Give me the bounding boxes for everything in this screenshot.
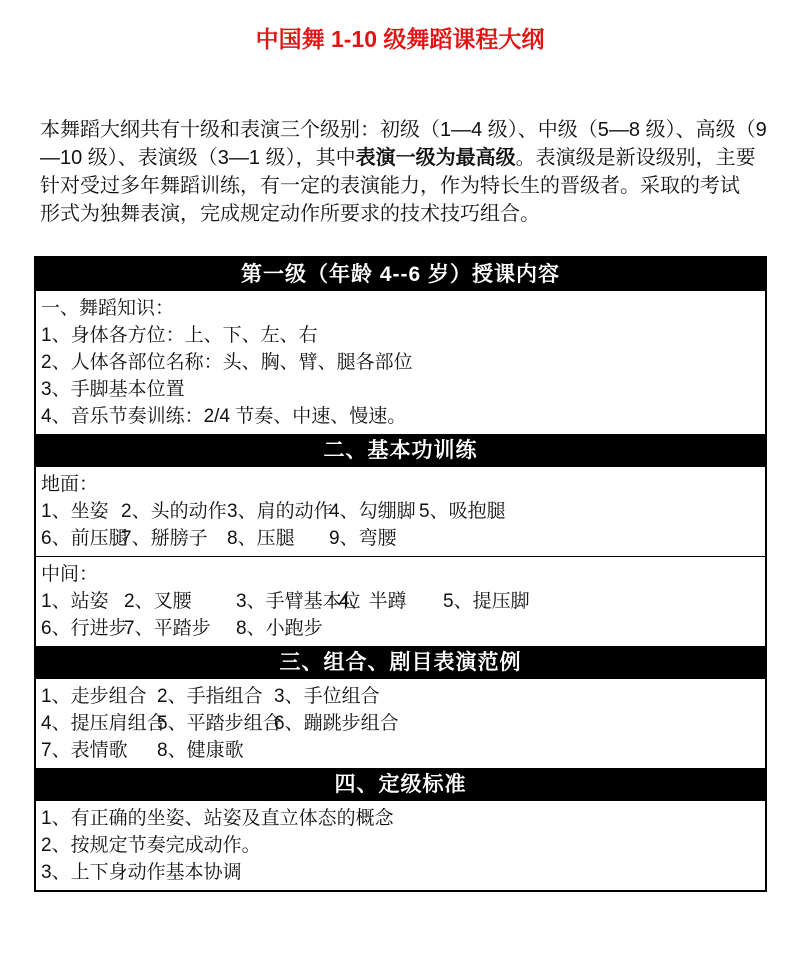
- section-cell-combinations: 1、走步组合2、手指组合3、手位组合4、提压肩组合5、平踏步组合6、蹦跳步组合7…: [36, 679, 765, 768]
- list-item-text: 6、行进步: [41, 615, 124, 642]
- paragraph-line: 本舞蹈大纲共有十级和表演三个级别：初级（1—4 级）、中级（5—8 级）、高级（…: [40, 116, 770, 144]
- list-item-text: 中间：: [41, 561, 124, 588]
- list-item-text: 3、手臂基本位: [236, 588, 339, 615]
- table-row: 1、身体各方位：上、下、左、右: [41, 322, 761, 349]
- list-item-text: 4、勾绷脚: [329, 498, 419, 525]
- list-item-text: 8、健康歌: [157, 737, 274, 764]
- syllabus-table: 第一级（年龄 4--6 岁）授课内容一、舞蹈知识：1、身体各方位：上、下、左、右…: [34, 256, 767, 892]
- list-item-text: 6、蹦跳步组合: [274, 710, 399, 737]
- section-header-bar: 二、基本功训练: [36, 434, 765, 467]
- table-row: 1、有正确的坐姿、站姿及直立体态的概念: [41, 805, 761, 832]
- list-item-text: 4、音乐节奏训练：2/4 节奏、中速、慢速。: [41, 403, 406, 430]
- table-row: 1、站姿2、叉腰3、手臂基本位4、半蹲5、提压脚: [41, 588, 761, 615]
- list-item-text: 4、提压肩组合: [41, 710, 157, 737]
- section-cell-basic-training-ground: 地面：1、坐姿2、头的动作3、肩的动作4、勾绷脚5、吸抱腿6、前压腿7、掰膀子8…: [36, 467, 765, 556]
- emphasis-text: 表演一级为最高级: [356, 147, 516, 169]
- table-row: 1、走步组合2、手指组合3、手位组合: [41, 683, 761, 710]
- section-cell-dance-knowledge: 一、舞蹈知识：1、身体各方位：上、下、左、右2、人体各部位名称：头、胸、臂、腿各…: [36, 291, 765, 434]
- list-item-text: 一、舞蹈知识：: [41, 295, 174, 322]
- section-cell-grading-standards: 1、有正确的坐姿、站姿及直立体态的概念2、按规定节奏完成动作。3、上下身动作基本…: [36, 801, 765, 890]
- list-item-text: 1、坐姿: [41, 498, 121, 525]
- list-item-text: 1、站姿: [41, 588, 124, 615]
- table-row: 6、行进步7、平踏步8、小跑步: [41, 615, 761, 642]
- table-row: 中间：: [41, 561, 761, 588]
- list-item-text: 3、肩的动作: [227, 498, 329, 525]
- paragraph-line: 形式为独舞表演，完成规定动作所要求的技术技巧组合。: [40, 200, 770, 228]
- table-row: 2、按规定节奏完成动作。: [41, 832, 761, 859]
- list-item-text: 7、平踏步: [124, 615, 236, 642]
- list-item-text: 1、走步组合: [41, 683, 157, 710]
- table-row: 3、手脚基本位置: [41, 376, 761, 403]
- list-item-text: 地面：: [41, 471, 121, 498]
- list-item-text: 8、小跑步: [236, 615, 339, 642]
- list-item-text: 7、表情歌: [41, 737, 157, 764]
- intro-paragraph: 本舞蹈大纲共有十级和表演三个级别：初级（1—4 级）、中级（5—8 级）、高级（…: [40, 116, 770, 228]
- paragraph-text: —10 级）、表演级（3—1 级），其中: [40, 147, 356, 169]
- paragraph-text: 本舞蹈大纲共有十级和表演三个级别：初级（1—4 级）、中级（5—8 级）、高级（…: [40, 119, 767, 141]
- list-item-text: 1、有正确的坐姿、站姿及直立体态的概念: [41, 805, 394, 832]
- list-item-text: 5、吸抱腿: [419, 498, 506, 525]
- page-title: 中国舞 1-10 级舞蹈课程大纲: [0, 0, 800, 52]
- list-item-text: 3、手脚基本位置: [41, 376, 185, 403]
- list-item-text: 2、叉腰: [124, 588, 236, 615]
- list-item-text: 6、前压腿: [41, 525, 121, 552]
- paragraph-line: —10 级）、表演级（3—1 级），其中表演一级为最高级。表演级是新设级别，主要: [40, 144, 770, 172]
- table-row: 1、坐姿2、头的动作3、肩的动作4、勾绷脚5、吸抱腿: [41, 498, 761, 525]
- list-item-text: 3、手位组合: [274, 683, 380, 710]
- list-item-text: 7、掰膀子: [121, 525, 227, 552]
- paragraph-line: 针对受过多年舞蹈训练，有一定的表演能力，作为特长生的晋级者。采取的考试: [40, 172, 770, 200]
- list-item-text: 1、身体各方位：上、下、左、右: [41, 322, 318, 349]
- section-header-bar: 第一级（年龄 4--6 岁）授课内容: [36, 258, 765, 291]
- table-row: 7、表情歌8、健康歌: [41, 737, 761, 764]
- list-item-text: 3、上下身动作基本协调: [41, 859, 242, 886]
- list-item-text: 5、提压脚: [443, 588, 530, 615]
- section-header-bar: 三、组合、剧目表演范例: [36, 646, 765, 679]
- table-row: 一、舞蹈知识：: [41, 295, 761, 322]
- paragraph-text: 。表演级是新设级别，主要: [516, 147, 756, 169]
- document-page: 中国舞 1-10 级舞蹈课程大纲 本舞蹈大纲共有十级和表演三个级别：初级（1—4…: [0, 0, 800, 956]
- table-row: 2、人体各部位名称：头、胸、臂、腿各部位: [41, 349, 761, 376]
- paragraph-text: 形式为独舞表演，完成规定动作所要求的技术技巧组合。: [40, 203, 540, 225]
- table-row: 4、音乐节奏训练：2/4 节奏、中速、慢速。: [41, 403, 761, 430]
- list-item-text: 8、压腿: [227, 525, 329, 552]
- table-row: 地面：: [41, 471, 761, 498]
- table-row: 4、提压肩组合5、平踏步组合6、蹦跳步组合: [41, 710, 761, 737]
- list-item-text: 4、半蹲: [339, 588, 443, 615]
- section-header-bar: 四、定级标准: [36, 768, 765, 801]
- list-item-text: 2、按规定节奏完成动作。: [41, 832, 261, 859]
- list-item-text: 2、头的动作: [121, 498, 227, 525]
- table-row: 6、前压腿7、掰膀子8、压腿9、弯腰: [41, 525, 761, 552]
- table-row: 3、上下身动作基本协调: [41, 859, 761, 886]
- list-item-text: 2、手指组合: [157, 683, 274, 710]
- paragraph-text: 针对受过多年舞蹈训练，有一定的表演能力，作为特长生的晋级者。采取的考试: [40, 175, 740, 197]
- section-cell-basic-training-middle: 中间：1、站姿2、叉腰3、手臂基本位4、半蹲5、提压脚6、行进步7、平踏步8、小…: [36, 556, 765, 646]
- list-item-text: 2、人体各部位名称：头、胸、臂、腿各部位: [41, 349, 413, 376]
- list-item-text: 9、弯腰: [329, 525, 419, 552]
- list-item-text: 5、平踏步组合: [157, 710, 274, 737]
